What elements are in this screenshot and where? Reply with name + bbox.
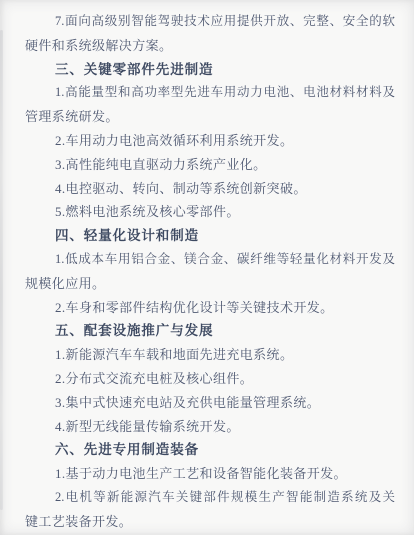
paragraph-line: 1.高能量型和高功率型先进车用动力电池、电池材料材料及 (25, 81, 395, 105)
paragraph-line: 键工艺装备开发。 (25, 510, 395, 534)
paragraph-line: 7.面向高级别智能驾驶技术应用提供开放、完整、安全的软 (25, 10, 395, 34)
paragraph-line: 5.燃料电池系统及核心零部件。 (25, 200, 395, 224)
paragraph-line: 1.新能源汽车车载和地面先进充电系统。 (25, 343, 395, 367)
document-page: 7.面向高级别智能驾驶技术应用提供开放、完整、安全的软 硬件和系统级解决方案。 … (0, 0, 414, 535)
paragraph-line: 硬件和系统级解决方案。 (25, 34, 395, 58)
paragraph-line: 3.高性能纯电直驱动力系统产业化。 (25, 153, 395, 177)
scan-edge-artifact (0, 30, 3, 510)
paragraph-line: 1.基于动力电池生产工艺和设备智能化装备开发。 (25, 462, 395, 486)
paragraph-line: 2.车身和零部件结构优化设计等关键技术开发。 (25, 296, 395, 320)
paragraph-line: 2.车用动力电池高效循环利用系统开发。 (25, 129, 395, 153)
section-heading-4: 四、轻量化设计和制造 (25, 224, 395, 248)
paragraph-line: 规模化应用。 (25, 272, 395, 296)
paragraph-line: 2.分布式交流充电桩及核心组件。 (25, 367, 395, 391)
paragraph-line: 管理系统研发。 (25, 105, 395, 129)
paragraph-line: 4.新型无线能量传输系统开发。 (25, 415, 395, 439)
section-heading-6: 六、先进专用制造装备 (25, 438, 395, 462)
section-heading-3: 三、关键零部件先进制造 (25, 58, 395, 82)
paragraph-line: 4.电控驱动、转向、制动等系统创新突破。 (25, 177, 395, 201)
paragraph-line: 1.低成本车用铝合金、镁合金、碳纤维等轻量化材料开发及 (25, 248, 395, 272)
paragraph-line: 2.电机等新能源汽车关键部件规模生产智能制造系统及关 (25, 486, 395, 510)
section-heading-5: 五、配套设施推广与发展 (25, 319, 395, 343)
paragraph-line: 3.集中式快速充电站及充供电能量管理系统。 (25, 391, 395, 415)
